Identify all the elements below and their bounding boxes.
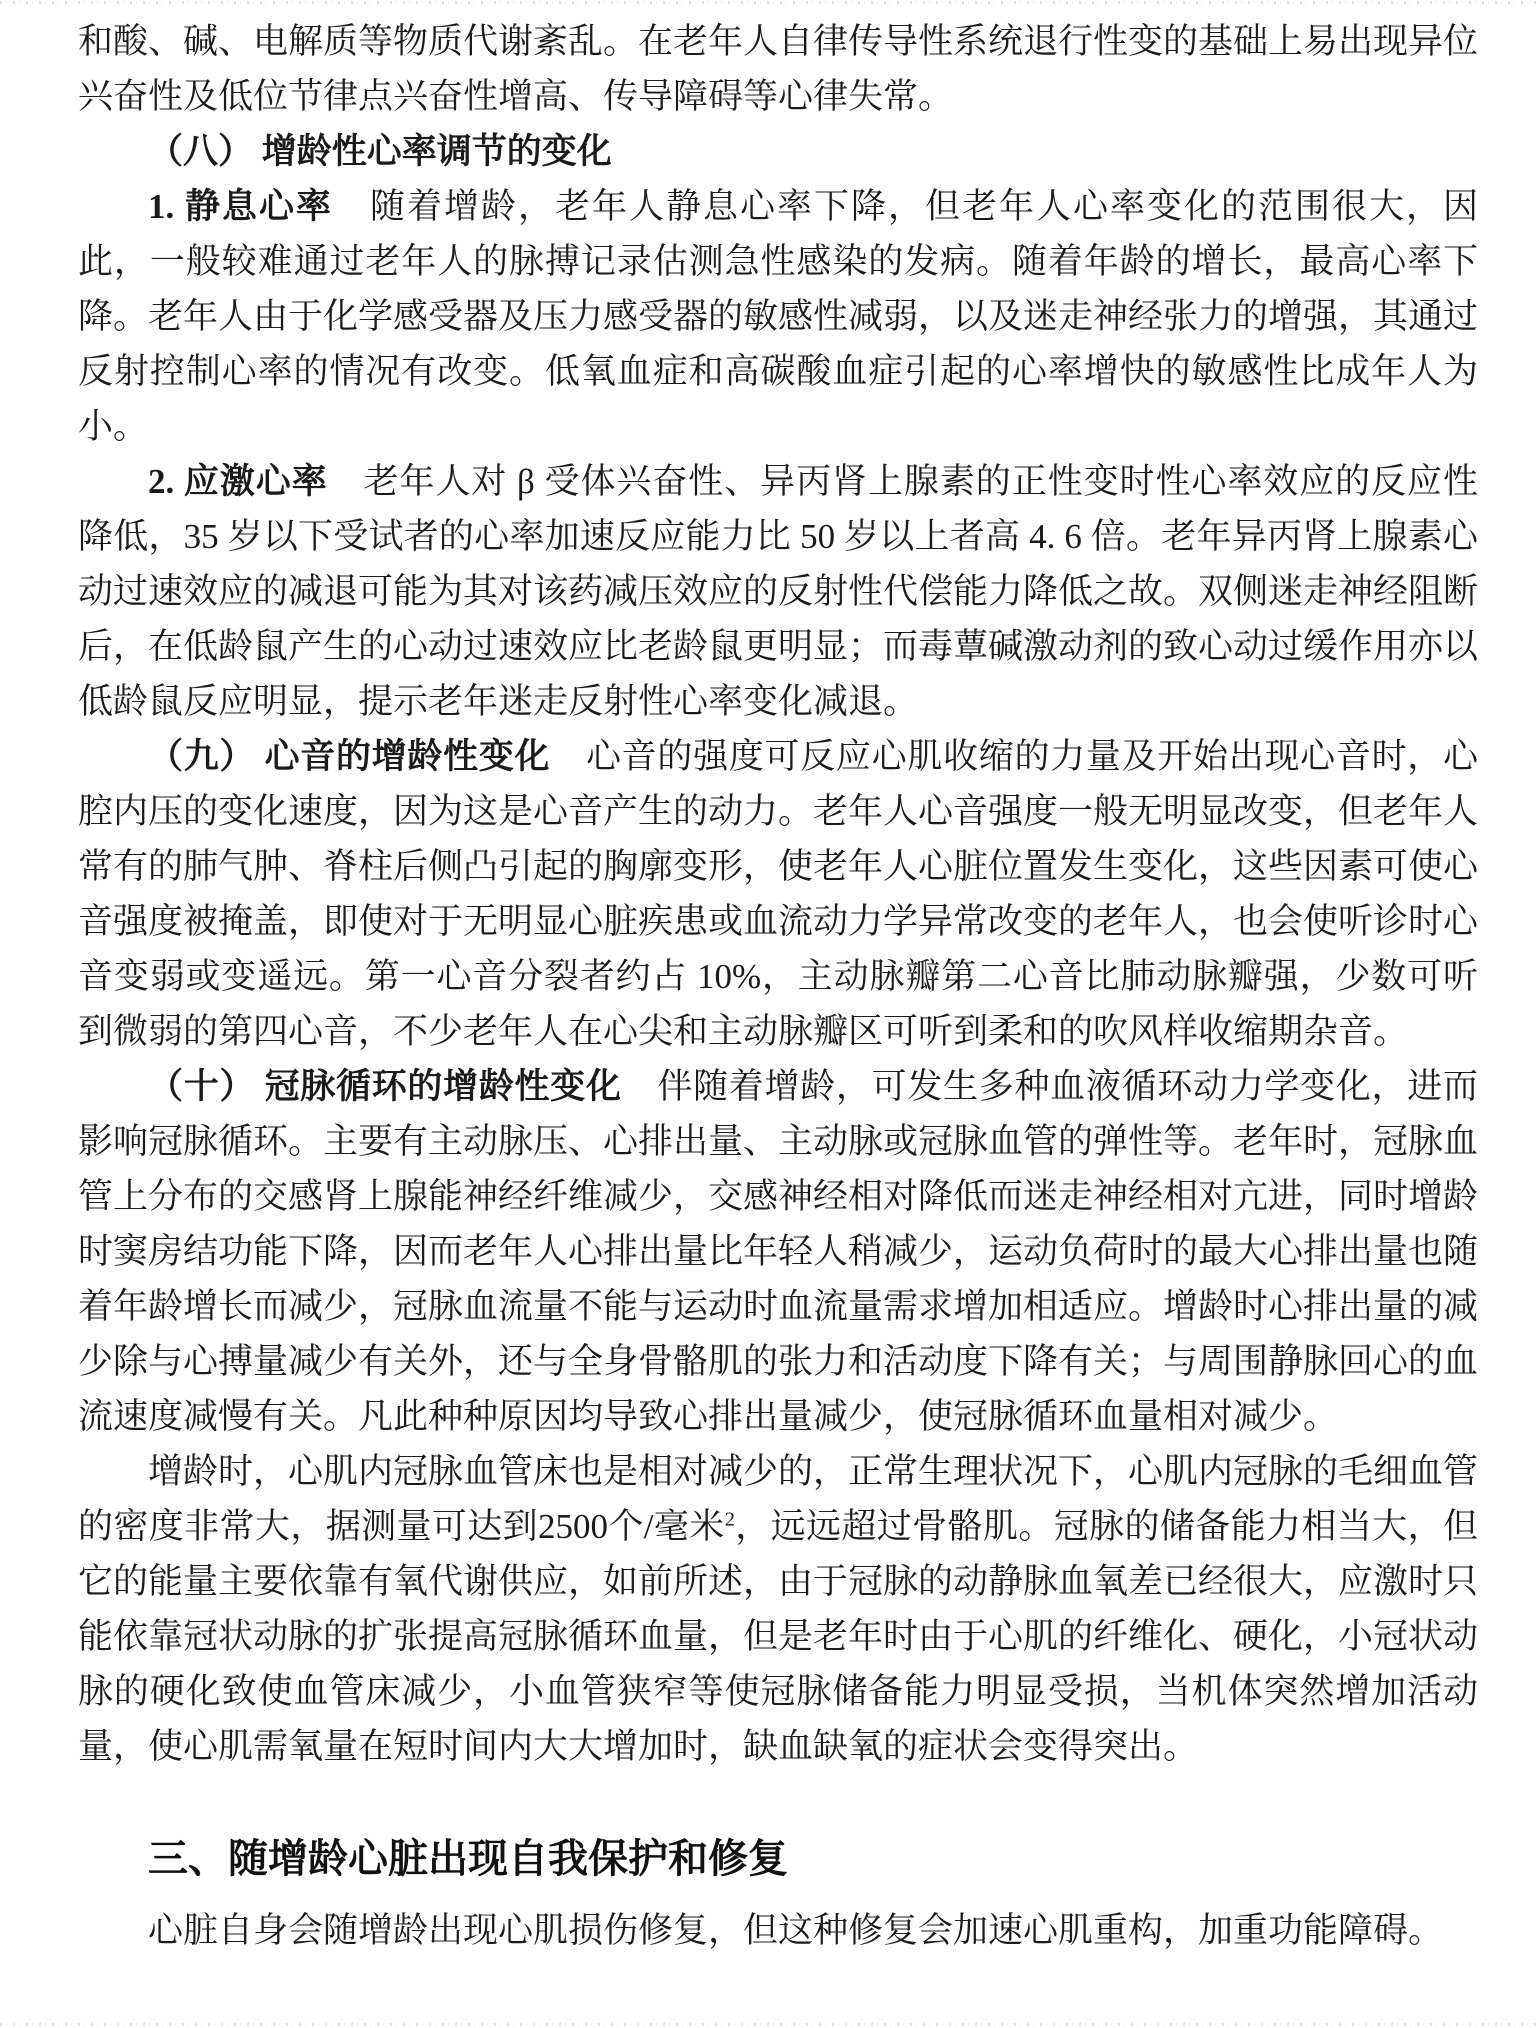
paragraph-capillary-density: 增龄时，心肌内冠脉血管床也是相对减少的，正常生理状况下，心肌内冠脉的毛细血管的密… [78,1444,1478,1774]
paragraph-heart-sounds: （九） 心音的增龄性变化 心音的强度可反应心肌收缩的力量及开始出现心音时，心腔内… [78,729,1478,1059]
paragraph-stress-heart-rate: 2. 应激心率 老年人对 β 受体兴奋性、异丙肾上腺素的正性变时性心率效应的反应… [78,454,1478,729]
subsection-8-heading: （八） 增龄性心率调节的变化 [78,124,1478,179]
paragraph-closing: 心脏自身会随增龄出现心肌损伤修复，但这种修复会加速心肌重构，加重功能障碍。 [78,1903,1478,1958]
scan-artifact-bottom [0,2023,1536,2026]
run-in-heading-section-9: （九） 心音的增龄性变化 [148,737,550,776]
paragraph-continuation: 和酸、碱、电解质等物质代谢紊乱。在老年人自律传导性系统退行性变的基础上易出现异位… [78,14,1478,124]
paragraph-text: 和酸、碱、电解质等物质代谢紊乱。在老年人自律传导性系统退行性变的基础上易出现异位… [78,22,1478,116]
paragraph-coronary-circulation: （十） 冠脉循环的增龄性变化 伴随着增龄，可发生多种血液循环动力学变化，进而影响… [78,1059,1478,1444]
paragraph-text: 伴随着增龄，可发生多种血液循环动力学变化，进而影响冠脉循环。主要有主动脉压、心排… [78,1067,1478,1436]
subsection-8-label: （八） 增龄性心率调节的变化 [148,132,612,171]
paragraph-text: 心脏自身会随增龄出现心肌损伤修复，但这种修复会加速心肌重构，加重功能障碍。 [148,1911,1443,1950]
paragraph-text: 心音的强度可反应心肌收缩的力量及开始出现心音时，心腔内压的变化速度，因为这是心音… [78,737,1478,1051]
run-in-heading-stress-hr: 2. 应激心率 [148,462,328,501]
section-3-heading: 三、随增龄心脏出现自我保护和修复 [148,1832,1478,1887]
page-body: 和酸、碱、电解质等物质代谢紊乱。在老年人自律传导性系统退行性变的基础上易出现异位… [0,0,1536,2028]
run-in-heading-resting-hr: 1. 静息心率 [148,187,333,226]
run-in-heading-section-10: （十） 冠脉循环的增龄性变化 [148,1067,622,1106]
paragraph-resting-heart-rate: 1. 静息心率 随着增龄，老年人静息心率下降，但老年人心率变化的范围很大，因此，… [78,179,1478,454]
scanned-book-page: { "content": { "intro": { "text": "和酸、碱、… [0,0,1536,2028]
superscript-2: 2 [725,1508,735,1530]
